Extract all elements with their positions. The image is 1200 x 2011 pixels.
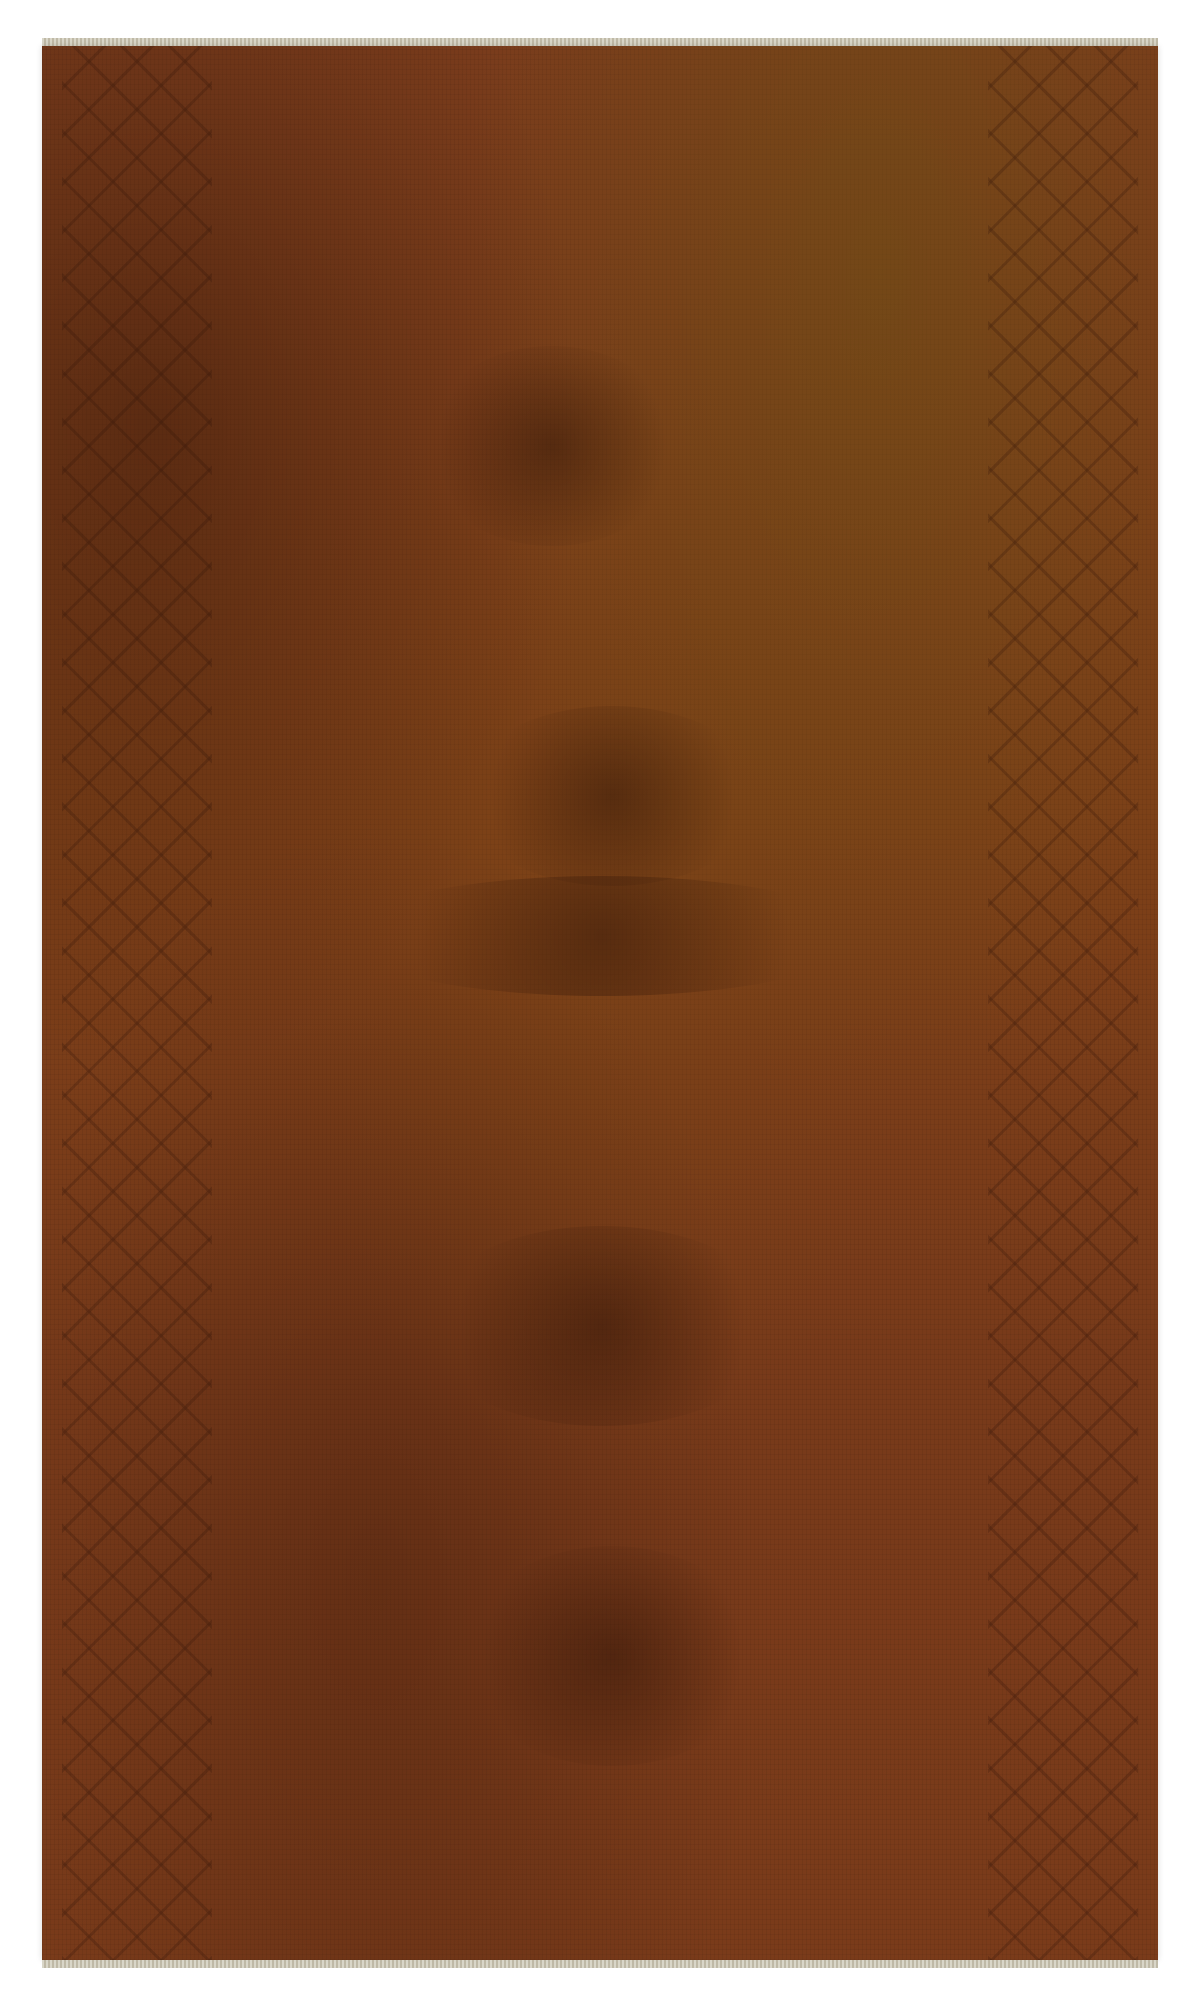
rug (42, 46, 1158, 1960)
floral-motif (422, 346, 682, 546)
right-lattice-border (988, 46, 1138, 1960)
bottom-fringe (42, 1960, 1158, 1968)
floral-motif (342, 876, 862, 996)
floral-motif (462, 1546, 762, 1766)
floral-motif (462, 706, 762, 886)
top-fringe (42, 38, 1158, 46)
floral-motif (422, 1226, 782, 1426)
left-lattice-border (62, 46, 212, 1960)
